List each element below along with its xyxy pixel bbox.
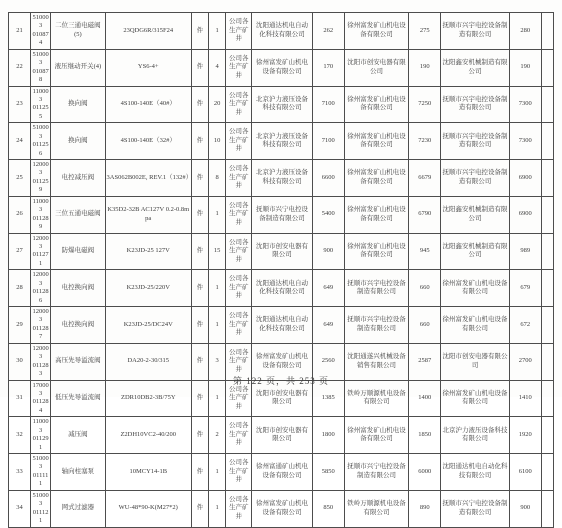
supplier1-cell: 北京沪力液压设备科技有限公司	[252, 86, 312, 123]
quantity-cell: 2	[209, 417, 226, 454]
procurement-table: 21 510003010874 二位三通电磁阀(5) 23QDG6R/315F2…	[8, 12, 554, 528]
row-number-cell: 33	[9, 454, 31, 491]
material-code-cell: 510003011111	[31, 454, 51, 491]
model-spec-cell: 4S100-140E（40#）	[105, 86, 191, 123]
supplier3-cell: 沈阳通达机电自动化科技有限公司	[441, 454, 509, 491]
supplier3-cell: 沈阳鑫安机械制造有限公司	[441, 233, 509, 270]
quantity-cell: 15	[209, 233, 226, 270]
model-spec-cell: 10MCY14-1B	[105, 454, 191, 491]
price3-cell: 6900	[509, 160, 541, 197]
table-row: 25 120003011259 电控减压阀 3AS062B002E, REV.1…	[9, 160, 554, 197]
model-spec-cell: K23JD-25/220V	[105, 270, 191, 307]
supplier1-cell: 沈阳通达机电自动化科技有限公司	[252, 13, 312, 50]
price1-cell: 900	[312, 233, 344, 270]
table-row: 22 510003010878 液压继动开关(4) YS6-4+ 件 4 公司各…	[9, 49, 554, 86]
price2-cell: 6790	[409, 196, 441, 233]
supplier2-cell: 徐州富发矿山机电设备有限公司	[344, 86, 408, 123]
usage-cell: 公司各生产矿井	[226, 13, 252, 50]
table-body: 21 510003010874 二位三通电磁阀(5) 23QDG6R/315F2…	[9, 13, 554, 528]
supplier1-cell: 沈阳通达机电自动化科技有限公司	[252, 270, 312, 307]
price1-cell: 170	[312, 49, 344, 86]
blank-cell	[541, 196, 553, 233]
supplier1-cell: 徐州富发矿山机电设备有限公司	[252, 49, 312, 86]
row-number-cell: 25	[9, 160, 31, 197]
unit-cell: 件	[191, 490, 208, 527]
price3-cell: 7300	[509, 86, 541, 123]
material-name-cell: 液压继动开关(4)	[51, 49, 105, 86]
price3-cell: 7300	[509, 123, 541, 160]
material-name-cell: 三位五通电磁阀	[51, 196, 105, 233]
row-number-cell: 23	[9, 86, 31, 123]
supplier2-cell: 徐州富发矿山机电设备有限公司	[344, 196, 408, 233]
material-name-cell: 二位三通电磁阀(5)	[51, 13, 105, 50]
model-spec-cell: K23JD-25 127V	[105, 233, 191, 270]
quantity-cell: 1	[209, 307, 226, 344]
material-code-cell: 120003011287	[31, 307, 51, 344]
supplier3-cell: 沈阳鑫安机械制造有限公司	[441, 196, 509, 233]
material-code-cell: 510003010874	[31, 13, 51, 50]
material-code-cell: 510003010878	[31, 49, 51, 86]
quantity-cell: 20	[209, 86, 226, 123]
quantity-cell: 1	[209, 196, 226, 233]
price2-cell: 1850	[409, 417, 441, 454]
supplier3-cell: 抚顺市兴宇电控设备制造有限公司	[441, 123, 509, 160]
model-spec-cell: K23JD-25/DC24V	[105, 307, 191, 344]
model-spec-cell: 4S100-140E（32#）	[105, 123, 191, 160]
quantity-cell: 10	[209, 123, 226, 160]
material-code-cell: 120003011271	[31, 233, 51, 270]
price3-cell: 190	[509, 49, 541, 86]
price2-cell: 660	[409, 307, 441, 344]
quantity-cell: 4	[209, 49, 226, 86]
supplier1-cell: 抚顺市兴宁电控设备制造有限公司	[252, 196, 312, 233]
supplier3-cell: 抚顺市兴宇电控设备制造有限公司	[441, 13, 509, 50]
price2-cell: 660	[409, 270, 441, 307]
unit-cell: 件	[191, 86, 208, 123]
price2-cell: 6679	[409, 160, 441, 197]
material-code-cell: 110003011291	[31, 417, 51, 454]
table-row: 34 510003011121 网式过滤器 WU-48*90-K(M27*2) …	[9, 490, 554, 527]
material-code-cell: 120003011259	[31, 160, 51, 197]
row-number-cell: 32	[9, 417, 31, 454]
quantity-cell: 1	[209, 490, 226, 527]
material-code-cell: 510003011121	[31, 490, 51, 527]
price3-cell: 900	[509, 490, 541, 527]
usage-cell: 公司各生产矿井	[226, 490, 252, 527]
supplier3-cell: 抚顺市兴宁电控设备制造有限公司	[441, 490, 509, 527]
blank-cell	[541, 160, 553, 197]
supplier1-cell: 徐州富发矿山机电设备有限公司	[252, 490, 312, 527]
table-row: 32 110003011291 减压阀 Z2DH10VC2-40/200 件 2…	[9, 417, 554, 454]
supplier3-cell: 徐州富发矿山机电设备有限公司	[441, 307, 509, 344]
price2-cell: 6000	[409, 454, 441, 491]
table-row: 23 110003011255 换向阀 4S100-140E（40#） 件 20…	[9, 86, 554, 123]
price1-cell: 649	[312, 270, 344, 307]
price1-cell: 5850	[312, 454, 344, 491]
price3-cell: 989	[509, 233, 541, 270]
price2-cell: 190	[409, 49, 441, 86]
model-spec-cell: 23QDG6R/315F24	[105, 13, 191, 50]
price2-cell: 7230	[409, 123, 441, 160]
price3-cell: 6900	[509, 196, 541, 233]
material-name-cell: 电控换向阀	[51, 307, 105, 344]
price2-cell: 275	[409, 13, 441, 50]
row-number-cell: 34	[9, 490, 31, 527]
row-number-cell: 28	[9, 270, 31, 307]
price1-cell: 6600	[312, 160, 344, 197]
supplier2-cell: 徐州富发矿山机电设备有限公司	[344, 123, 408, 160]
usage-cell: 公司各生产矿井	[226, 196, 252, 233]
unit-cell: 件	[191, 160, 208, 197]
supplier3-cell: 抚顺市兴宇电控设备制造有限公司	[441, 86, 509, 123]
model-spec-cell: Z2DH10VC2-40/200	[105, 417, 191, 454]
material-code-cell: 110003011255	[31, 86, 51, 123]
supplier2-cell: 徐州富发矿山机电设备有限公司	[344, 160, 408, 197]
table-row: 26 110003011289 三位五通电磁阀 K35D2-32B AC127V…	[9, 196, 554, 233]
table-row: 24 510003011256 换向阀 4S100-140E（32#） 件 10…	[9, 123, 554, 160]
table-row: 27 120003011271 防爆电磁阀 K23JD-25 127V 件 15…	[9, 233, 554, 270]
blank-cell	[541, 123, 553, 160]
blank-cell	[541, 49, 553, 86]
supplier2-cell: 铁岭万顺源机电设备有限公司	[344, 490, 408, 527]
price1-cell: 7100	[312, 123, 344, 160]
material-name-cell: 减压阀	[51, 417, 105, 454]
table-row: 21 510003010874 二位三通电磁阀(5) 23QDG6R/315F2…	[9, 13, 554, 50]
table-row: 29 120003011287 电控换向阀 K23JD-25/DC24V 件 1…	[9, 307, 554, 344]
unit-cell: 件	[191, 13, 208, 50]
supplier3-cell: 徐州富发矿山机电设备有限公司	[441, 270, 509, 307]
material-name-cell: 电控换向阀	[51, 270, 105, 307]
row-number-cell: 21	[9, 13, 31, 50]
usage-cell: 公司各生产矿井	[226, 417, 252, 454]
supplier2-cell: 徐州富发矿山机电设备有限公司	[344, 13, 408, 50]
row-number-cell: 29	[9, 307, 31, 344]
row-number-cell: 27	[9, 233, 31, 270]
usage-cell: 公司各生产矿井	[226, 160, 252, 197]
page-number-footer: 第 122 页，共 253 页	[0, 374, 562, 387]
price2-cell: 7250	[409, 86, 441, 123]
usage-cell: 公司各生产矿井	[226, 49, 252, 86]
material-code-cell: 120003011286	[31, 270, 51, 307]
material-name-cell: 换向阀	[51, 123, 105, 160]
supplier1-cell: 北京沪力液压设备科技有限公司	[252, 160, 312, 197]
quantity-cell: 8	[209, 160, 226, 197]
supplier3-cell: 抚顺市兴宇电控设备制造有限公司	[441, 160, 509, 197]
price3-cell: 679	[509, 270, 541, 307]
price1-cell: 649	[312, 307, 344, 344]
supplier1-cell: 沈阳市创安电器有限公司	[252, 417, 312, 454]
blank-cell	[541, 13, 553, 50]
supplier2-cell: 沈阳市创安电器有限公司	[344, 49, 408, 86]
material-name-cell: 换向阀	[51, 86, 105, 123]
unit-cell: 件	[191, 49, 208, 86]
usage-cell: 公司各生产矿井	[226, 307, 252, 344]
supplier1-cell: 沈阳通达机电自动化科技有限公司	[252, 307, 312, 344]
usage-cell: 公司各生产矿井	[226, 86, 252, 123]
unit-cell: 件	[191, 270, 208, 307]
material-name-cell: 防爆电磁阀	[51, 233, 105, 270]
supplier2-cell: 徐州富发矿山机电设备有限公司	[344, 233, 408, 270]
model-spec-cell: WU-48*90-K(M27*2)	[105, 490, 191, 527]
material-code-cell: 110003011289	[31, 196, 51, 233]
table-row: 28 120003011286 电控换向阀 K23JD-25/220V 件 1 …	[9, 270, 554, 307]
price3-cell: 1920	[509, 417, 541, 454]
supplier1-cell: 徐州富通矿山机电设备有限公司	[252, 454, 312, 491]
document-page: 21 510003010874 二位三通电磁阀(5) 23QDG6R/315F2…	[0, 0, 562, 397]
material-name-cell: 网式过滤器	[51, 490, 105, 527]
table-row: 33 510003011111 轴向柱塞泵 10MCY14-1B 件 1 公司各…	[9, 454, 554, 491]
unit-cell: 件	[191, 233, 208, 270]
blank-cell	[541, 490, 553, 527]
supplier3-cell: 北京沪力液压设备科技有限公司	[441, 417, 509, 454]
material-code-cell: 510003011256	[31, 123, 51, 160]
usage-cell: 公司各生产矿井	[226, 123, 252, 160]
price1-cell: 5400	[312, 196, 344, 233]
price1-cell: 1800	[312, 417, 344, 454]
material-name-cell: 电控减压阀	[51, 160, 105, 197]
blank-cell	[541, 270, 553, 307]
quantity-cell: 1	[209, 13, 226, 50]
price3-cell: 280	[509, 13, 541, 50]
supplier2-cell: 抚顺市兴宁电控设备制造有限公司	[344, 454, 408, 491]
quantity-cell: 1	[209, 454, 226, 491]
row-number-cell: 24	[9, 123, 31, 160]
price2-cell: 945	[409, 233, 441, 270]
row-number-cell: 22	[9, 49, 31, 86]
row-number-cell: 26	[9, 196, 31, 233]
blank-cell	[541, 233, 553, 270]
blank-cell	[541, 307, 553, 344]
price1-cell: 7100	[312, 86, 344, 123]
unit-cell: 件	[191, 196, 208, 233]
supplier2-cell: 徐州富发矿山机电设备有限公司	[344, 417, 408, 454]
price1-cell: 850	[312, 490, 344, 527]
usage-cell: 公司各生产矿井	[226, 233, 252, 270]
supplier2-cell: 抚顺市兴宇电控设备制造有限公司	[344, 270, 408, 307]
supplier2-cell: 抚顺市兴宇电控设备制造有限公司	[344, 307, 408, 344]
supplier1-cell: 北京沪力液压设备科技有限公司	[252, 123, 312, 160]
blank-cell	[541, 86, 553, 123]
material-name-cell: 轴向柱塞泵	[51, 454, 105, 491]
unit-cell: 件	[191, 417, 208, 454]
price2-cell: 890	[409, 490, 441, 527]
supplier3-cell: 沈阳鑫安机械制造有限公司	[441, 49, 509, 86]
unit-cell: 件	[191, 123, 208, 160]
unit-cell: 件	[191, 307, 208, 344]
price3-cell: 672	[509, 307, 541, 344]
quantity-cell: 1	[209, 270, 226, 307]
model-spec-cell: 3AS062B002E, REV.1（132#）	[105, 160, 191, 197]
price1-cell: 262	[312, 13, 344, 50]
model-spec-cell: YS6-4+	[105, 49, 191, 86]
usage-cell: 公司各生产矿井	[226, 454, 252, 491]
model-spec-cell: K35D2-32B AC127V 0.2-0.8mpa	[105, 196, 191, 233]
usage-cell: 公司各生产矿井	[226, 270, 252, 307]
blank-cell	[541, 417, 553, 454]
price3-cell: 6100	[509, 454, 541, 491]
unit-cell: 件	[191, 454, 208, 491]
supplier1-cell: 沈阳市创安电器有限公司	[252, 233, 312, 270]
blank-cell	[541, 454, 553, 491]
